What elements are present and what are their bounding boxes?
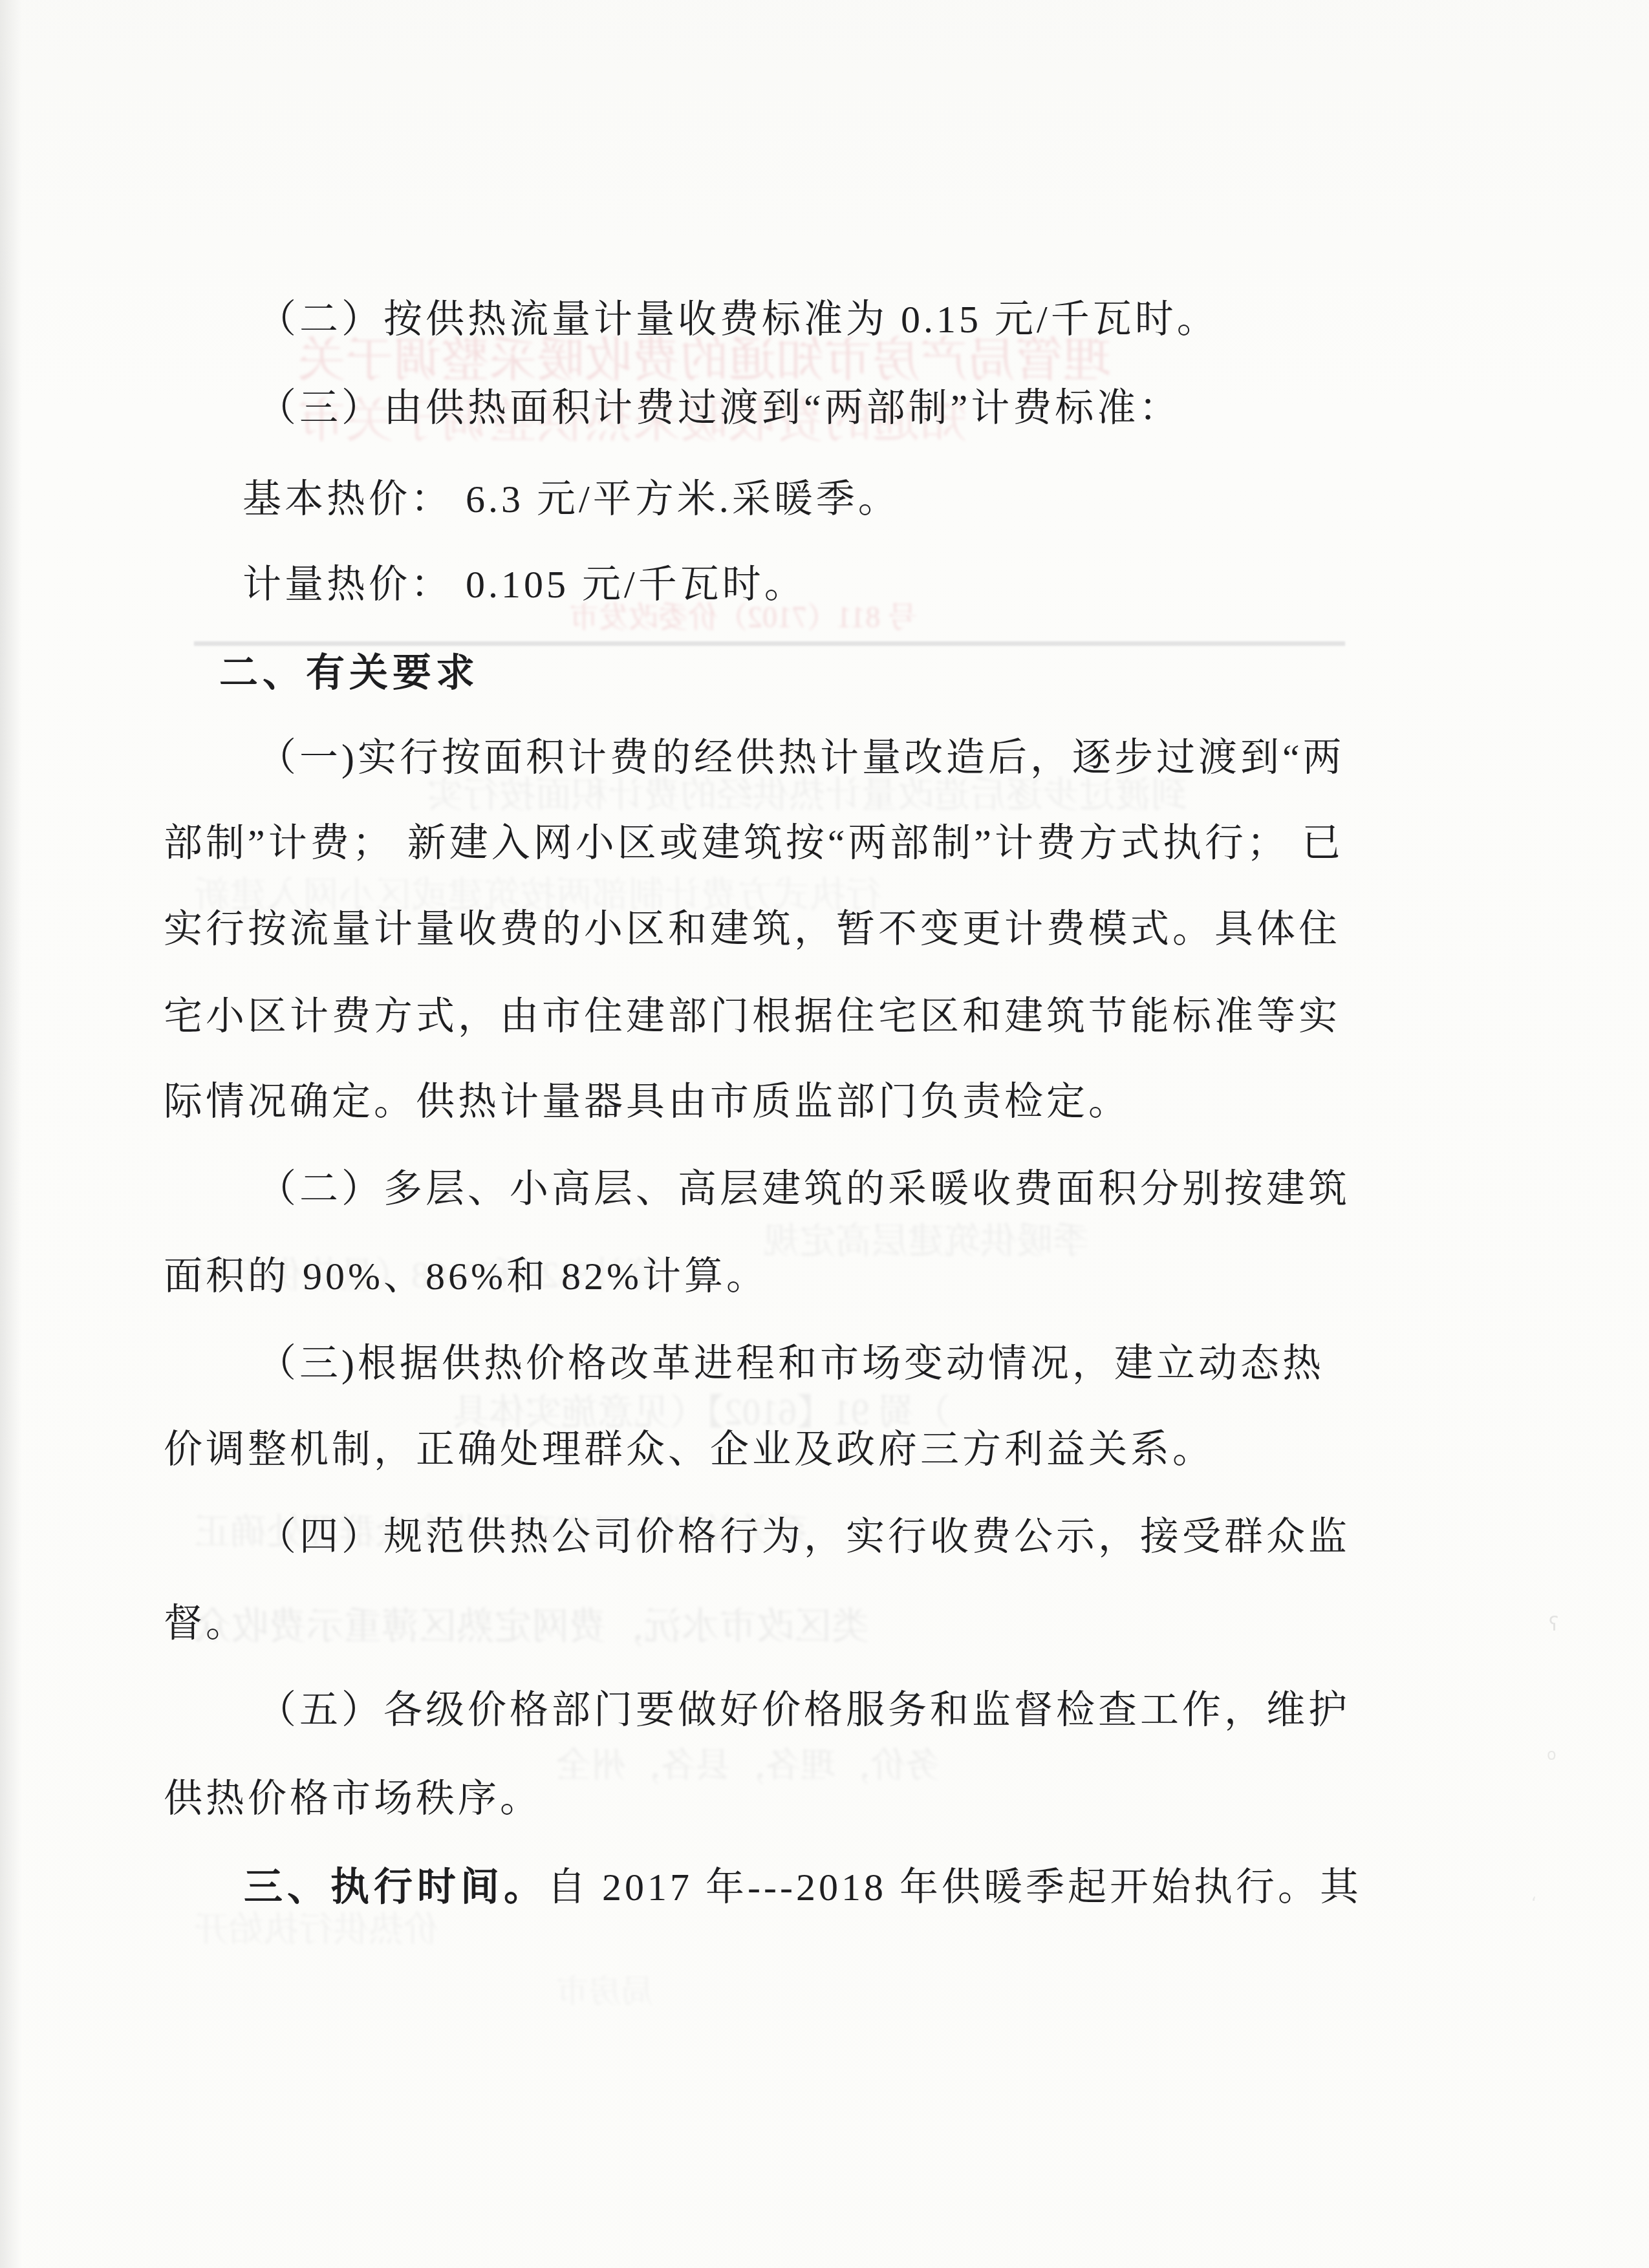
body-text: 供热价格市场秩序。	[164, 1777, 542, 1820]
body-text: 宅小区计费方式，由市住建部门根据住宅区和建筑节能标准等实	[164, 995, 1341, 1038]
text-line: （三)根据供热价格改革进程和市场变动情况，建立动态热	[164, 1338, 1460, 1389]
body-text: 基本热价： 6.3 元/平方米.采暖季。	[242, 478, 900, 520]
text-line: （五）各级价格部门要做好价格服务和监督检查工作，维护	[164, 1685, 1460, 1735]
text-line: （二）按供热流量计量收费标准为 0.15 元/千瓦时。	[164, 294, 1460, 345]
text-line: 部制”计费； 新建入网小区或建筑按“两部制”计费方式执行； 已	[164, 818, 1366, 868]
text-line: 面积的 90%、86%和 82%计算。	[164, 1251, 1366, 1301]
text-line: （一)实行按面积计费的经供热计量改造后，逐步过渡到“两	[164, 733, 1460, 783]
text-line: （三）由供热面积计费过渡到“两部制”计费标准：	[164, 383, 1460, 433]
text-line: 实行按流量计量收费的小区和建筑，暂不变更计费模式。具体住	[164, 904, 1366, 954]
body-text: （三)根据供热价格改革进程和市场变动情况，建立动态热	[257, 1342, 1324, 1385]
body-text: 计量热价： 0.105 元/千瓦时。	[242, 563, 806, 606]
body-text: （二）多层、小高层、高层建筑的采暖收费面积分别按建筑	[257, 1168, 1350, 1210]
body-text: 督。	[164, 1602, 248, 1645]
body-text: （四）规范供热公司价格行为，实行收费公示，接受群众监	[257, 1515, 1350, 1558]
text-line: 三、执行时间。自 2017 年---2018 年供暖季起开始执行。其	[164, 1862, 1447, 1912]
body-text: 价调整机制，正确处理群众、企业及政府三方利益关系。	[164, 1428, 1214, 1471]
body-text: （一)实行按面积计费的经供热计量改造后，逐步过渡到“两	[257, 736, 1345, 779]
body-text: 际情况确定。供热计量器具由市质监部门负责检定。	[164, 1080, 1130, 1123]
body-text: 面积的 90%、86%和 82%计算。	[164, 1255, 768, 1298]
text-line: （二）多层、小高层、高层建筑的采暖收费面积分别按建筑	[164, 1164, 1460, 1214]
heading-text: 三、执行时间。	[244, 1865, 547, 1909]
body-text: （二）按供热流量计量收费标准为 0.15 元/千瓦时。	[257, 298, 1219, 341]
text-line: 计量热价： 0.105 元/千瓦时。	[164, 559, 1445, 610]
text-line: 督。	[164, 1598, 1366, 1649]
text-line: （四）规范供热公司价格行为，实行收费公示，接受群众监	[164, 1512, 1460, 1562]
text-line: 供热价格市场秩序。	[164, 1773, 1366, 1824]
heading-text: 二、有关要求	[219, 651, 479, 694]
text-line: 价调整机制，正确处理群众、企业及政府三方利益关系。	[164, 1424, 1366, 1475]
text-layer: （二）按供热流量计量收费标准为 0.15 元/千瓦时。（三）由供热面积计费过渡到…	[0, 0, 1649, 2268]
body-text: 部制”计费； 新建入网小区或建筑按“两部制”计费方式执行； 已	[164, 822, 1344, 864]
body-text: 实行按流量计量收费的小区和建筑，暂不变更计费模式。具体住	[164, 908, 1341, 950]
body-text: （五）各级价格部门要做好价格服务和监督检查工作，维护	[257, 1689, 1350, 1731]
body-text: （三）由供热面积计费过渡到“两部制”计费标准：	[257, 387, 1181, 429]
body-text: 自 2017 年---2018 年供暖季起开始执行。其	[547, 1866, 1362, 1909]
text-line: 二、有关要求	[164, 648, 1422, 698]
text-line: 际情况确定。供热计量器具由市质监部门负责检定。	[164, 1076, 1366, 1127]
text-line: 宅小区计费方式，由市住建部门根据住宅区和建筑节能标准等实	[164, 991, 1366, 1042]
text-line: 基本热价： 6.3 元/平方米.采暖季。	[164, 474, 1445, 524]
scanned-document-page: { "document": { "kind": "scanned officia…	[0, 0, 1649, 2268]
